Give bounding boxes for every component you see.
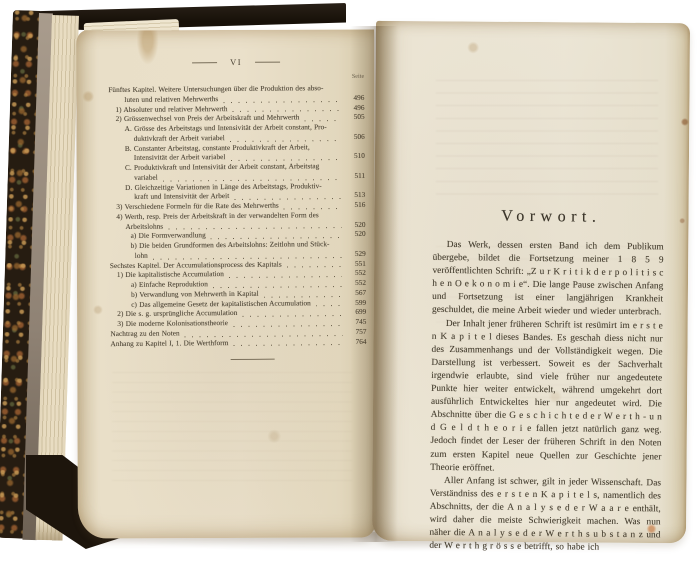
toc-list: Fünftes Kapitel. Weitere Untersuchungen … bbox=[108, 84, 366, 349]
toc-page-number: 520 bbox=[346, 230, 366, 240]
toc-leader-dots bbox=[185, 335, 343, 337]
toc-entry-text: lohn bbox=[135, 251, 148, 261]
toc-page-number: 599 bbox=[346, 298, 366, 308]
toc-leader-dots bbox=[233, 325, 342, 327]
toc-leader-dots bbox=[229, 276, 342, 278]
toc-page-number: 567 bbox=[346, 289, 366, 299]
folio-number: VI bbox=[230, 57, 242, 67]
toc-entry-text: 3) Die moderne Kolonisationstheorie bbox=[117, 319, 228, 330]
toc-leader-dots bbox=[233, 110, 341, 112]
toc-leader-dots bbox=[264, 296, 342, 298]
preface-title: Vorwort. bbox=[433, 207, 664, 228]
preface-paragraph: Der Inhalt jener früheren Schrift ist re… bbox=[430, 317, 663, 477]
toc-page-number: 506 bbox=[345, 133, 365, 143]
toc-page-number: 496 bbox=[344, 94, 364, 104]
toc-entry-text: b) Die beiden Grundformen des Arbeitsloh… bbox=[131, 240, 330, 251]
toc-page-number: 529 bbox=[346, 250, 366, 260]
toc-leader-dots bbox=[168, 227, 341, 230]
toc-leader-dots bbox=[230, 140, 341, 142]
toc-page-number: 699 bbox=[346, 308, 366, 318]
toc-leader-dots bbox=[287, 266, 342, 267]
toc-entry-text: Nachtrag zu den Noten bbox=[110, 329, 179, 339]
toc-page-number: 764 bbox=[346, 337, 366, 347]
toc-entry-text: A. Grösse des Arbeitstags und Intensivit… bbox=[125, 123, 327, 135]
folio-header: VI bbox=[108, 56, 364, 68]
toc-leader-dots bbox=[284, 208, 342, 210]
preface-paragraph: Aller Anfang ist schwer, gilt in jeder W… bbox=[429, 474, 661, 555]
toc-leader-dots bbox=[304, 120, 340, 121]
toc-leader-dots bbox=[223, 101, 340, 103]
right-page-content: Vorwort. Das Werk, dessen ersten Band ic… bbox=[429, 207, 664, 556]
toc-leader-dots bbox=[242, 315, 342, 317]
toc-page-number: 551 bbox=[346, 259, 366, 269]
toc-leader-dots bbox=[233, 344, 342, 346]
toc-page-number: 745 bbox=[346, 318, 366, 328]
toc-page-number: 510 bbox=[345, 152, 365, 162]
toc-entry-text: Anhang zu Kapitel I, 1. Die Werthform bbox=[110, 339, 228, 350]
book-photo: VI Seite Fünftes Kapitel. Weitere Unters… bbox=[0, 0, 700, 570]
toc-leader-dots bbox=[213, 286, 342, 288]
toc-row: Anhang zu Kapitel I, 1. Die Werthform764 bbox=[110, 337, 366, 349]
toc-page-number: 516 bbox=[345, 201, 365, 211]
toc-entry-text: C. Produktivkraft und Intensivität der A… bbox=[125, 162, 319, 173]
toc-entry-text: variabel bbox=[134, 173, 158, 183]
toc-page-number: 520 bbox=[345, 220, 365, 230]
toc-entry-text: 4) Werth, resp. Preis der Arbeitskraft i… bbox=[116, 211, 318, 223]
toc-page-number: 757 bbox=[346, 328, 366, 338]
seite-column-label: Seite bbox=[108, 73, 364, 82]
right-page: Vorwort. Das Werk, dessen ersten Band ic… bbox=[372, 21, 690, 543]
toc-end-rule bbox=[231, 359, 275, 360]
preface-paragraph: Das Werk, dessen ersten Band ich dem Pub… bbox=[432, 239, 664, 320]
toc-leader-dots bbox=[234, 198, 341, 200]
toc-leader-dots bbox=[163, 179, 341, 182]
preface-paragraphs: Das Werk, dessen ersten Band ich dem Pub… bbox=[429, 239, 664, 556]
toc-page-number: 552 bbox=[346, 269, 366, 279]
toc-page-number: 511 bbox=[345, 172, 365, 182]
folio-rule-right bbox=[255, 61, 280, 62]
left-page: VI Seite Fünftes Kapitel. Weitere Unters… bbox=[76, 29, 376, 538]
toc-page-number: 552 bbox=[346, 279, 366, 289]
toc-leader-dots bbox=[316, 305, 342, 306]
toc-page-number: 513 bbox=[345, 191, 365, 201]
toc-page-number: 496 bbox=[344, 103, 364, 113]
toc-leader-dots bbox=[211, 237, 342, 239]
folio-rule-left bbox=[192, 62, 217, 63]
toc-page-number: 505 bbox=[345, 113, 365, 123]
toc-leader-dots bbox=[231, 159, 341, 161]
left-page-content: VI Seite Fünftes Kapitel. Weitere Unters… bbox=[108, 29, 368, 539]
